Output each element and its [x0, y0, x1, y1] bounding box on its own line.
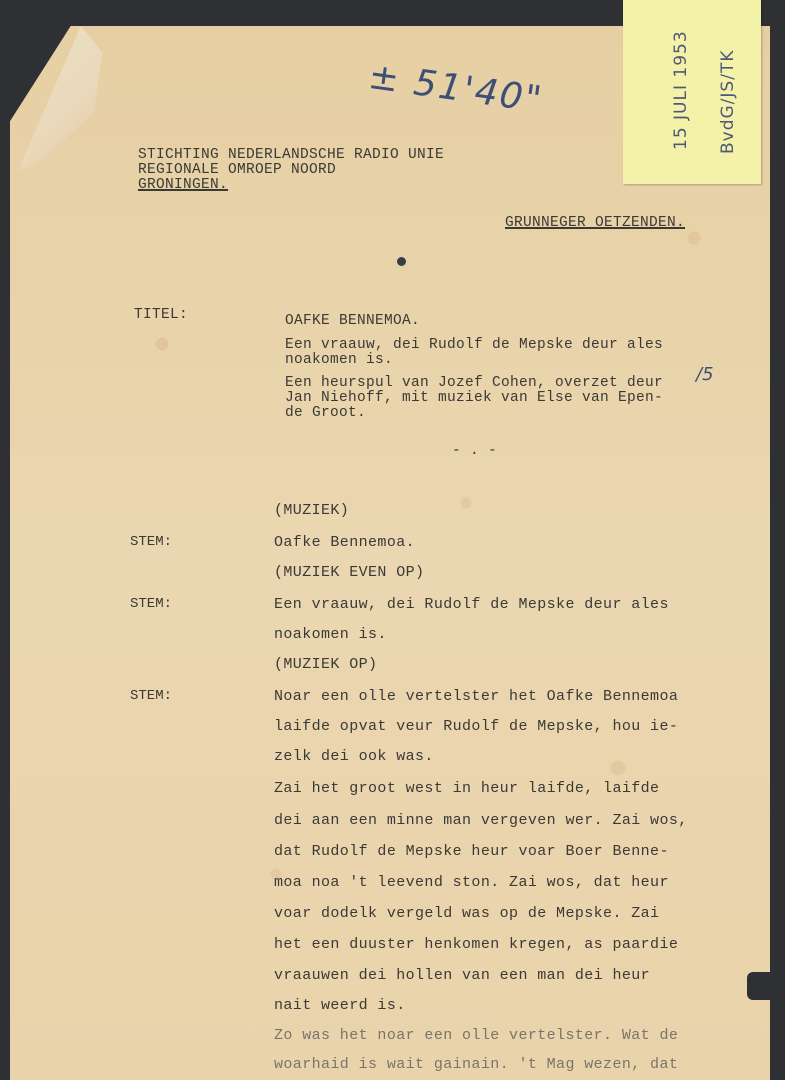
program-heading: GRUNNEGER OETZENDEN. — [505, 216, 685, 231]
subtitle-line-1: Een vraauw, dei Rudolf de Mepske deur al… — [285, 338, 663, 353]
credits-line-2: Jan Niehoff, mit muziek van Else van Epe… — [285, 391, 663, 406]
script-line: laifde opvat veur Rudolf de Mepske, hou … — [274, 718, 678, 735]
script-line: woarhaid is wait gainain. 't Mag wezen, … — [274, 1056, 678, 1073]
script-line: (MUZIEK EVEN OP) — [274, 564, 424, 581]
page-edge-notch — [747, 972, 785, 1000]
script-line: moa noa 't leevend ston. Zai wos, dat he… — [274, 874, 669, 891]
script-line: zelk dei ook was. — [274, 748, 434, 765]
org-line-3: GRONINGEN. — [138, 178, 228, 193]
speaker-label: STEM: — [130, 688, 172, 704]
script-line: dat Rudolf de Mepske heur voar Boer Benn… — [274, 843, 669, 860]
script-line: voar dodelk vergeld was op de Mepske. Za… — [274, 905, 659, 922]
handwritten-margin-mark: /5 — [696, 364, 714, 385]
section-separator: - . - — [452, 444, 497, 459]
credits-line-3: de Groot. — [285, 406, 366, 421]
subtitle-line-2: noakomen is. — [285, 353, 393, 368]
script-line: Oafke Bennemoa. — [274, 534, 415, 551]
script-line: Noar een olle vertelster het Oafke Benne… — [274, 688, 678, 705]
script-line: dei aan een minne man vergeven wer. Zai … — [274, 812, 688, 829]
play-title: OAFKE BENNEMOA. — [285, 314, 420, 329]
script-line: (MUZIEK OP) — [274, 656, 377, 673]
script-line: Een vraauw, dei Rudolf de Mepske deur al… — [274, 596, 669, 613]
script-line: (MUZIEK) — [274, 502, 349, 519]
credits-line-1: Een heurspul van Jozef Cohen, overzet de… — [285, 376, 663, 391]
org-line-2: REGIONALE OMROEP NOORD — [138, 163, 336, 178]
script-line: vraauwen dei hollen van een man dei heur — [274, 967, 650, 984]
sticky-note: 15 JULI 1953 BvdG/JS/TK — [623, 0, 761, 184]
script-line: Zai het groot west in heur laifde, laifd… — [274, 780, 659, 797]
sticky-date: 15 JULI 1953 — [671, 30, 691, 150]
script-line: het een duuster henkomen kregen, as paar… — [274, 936, 678, 953]
script-line: nait weerd is. — [274, 997, 406, 1014]
script-line: noakomen is. — [274, 626, 387, 643]
speaker-label: STEM: — [130, 534, 172, 550]
org-line-1: STICHTING NEDERLANDSCHE RADIO UNIE — [138, 148, 444, 163]
speaker-label: STEM: — [130, 596, 172, 612]
script-line: Zo was het noar een olle vertelster. Wat… — [274, 1027, 678, 1044]
sticky-reference: BvdG/JS/TK — [718, 50, 738, 154]
ink-dot — [397, 257, 406, 266]
title-label: TITEL: — [134, 308, 188, 323]
